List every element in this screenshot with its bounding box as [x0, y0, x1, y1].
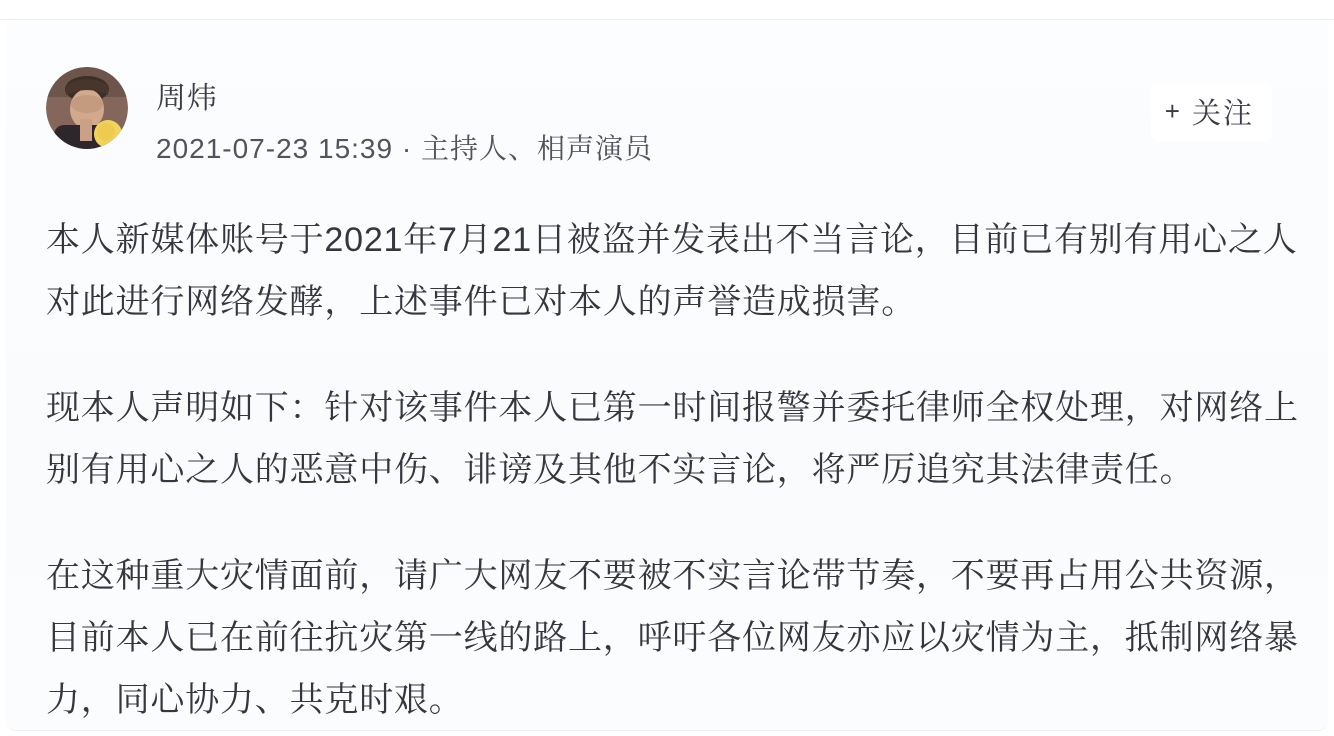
- post-meta: 2021-07-23 15:39 · 主持人、相声演员: [156, 127, 653, 167]
- paragraph-line: 在这种重大灾情面前，请广大网友不要被不实言论带节奏，不要再占用公共资源，: [46, 545, 1294, 607]
- paragraph-line: 现本人声明如下：针对该事件本人已第一时间报警并委托律师全权处理，对网络上: [46, 377, 1294, 439]
- paragraph-line: 别有用心之人的恶意中伤、诽谤及其他不实言论，将严厉追究其法律责任。: [46, 439, 1294, 501]
- post-card: 周炜 2021-07-23 15:39 · 主持人、相声演员 + 关注 本人新媒…: [6, 21, 1328, 731]
- post-paragraph: 本人新媒体账号于2021年7月21日被盗并发表出不当言论，目前已有别有用心之人 …: [46, 209, 1294, 333]
- author-name[interactable]: 周炜: [156, 73, 653, 117]
- paragraph-line: 本人新媒体账号于2021年7月21日被盗并发表出不当言论，目前已有别有用心之人: [46, 209, 1294, 271]
- paragraph-line: 对此进行网络发酵，上述事件已对本人的声誉造成损害。: [46, 271, 1294, 333]
- post-header: 周炜 2021-07-23 15:39 · 主持人、相声演员 + 关注: [46, 67, 1294, 167]
- paragraph-line: 目前本人已在前往抗灾第一线的路上，呼吁各位网友亦应以灾情为主，抵制网络暴: [46, 607, 1294, 669]
- plus-icon: +: [1165, 96, 1182, 127]
- follow-button[interactable]: + 关注: [1151, 83, 1272, 142]
- author-avatar[interactable]: [46, 67, 128, 149]
- avatar-image: [46, 67, 128, 149]
- author-block: 周炜 2021-07-23 15:39 · 主持人、相声演员: [156, 67, 653, 167]
- post-paragraph: 在这种重大灾情面前，请广大网友不要被不实言论带节奏，不要再占用公共资源， 目前本…: [46, 545, 1294, 731]
- page-top-strip: [0, 0, 1334, 20]
- follow-label: 关注: [1192, 91, 1254, 132]
- post-body: 本人新媒体账号于2021年7月21日被盗并发表出不当言论，目前已有别有用心之人 …: [46, 209, 1294, 731]
- paragraph-line: 力，同心协力、共克时艰。: [46, 669, 1294, 731]
- post-paragraph: 现本人声明如下：针对该事件本人已第一时间报警并委托律师全权处理，对网络上 别有用…: [46, 377, 1294, 501]
